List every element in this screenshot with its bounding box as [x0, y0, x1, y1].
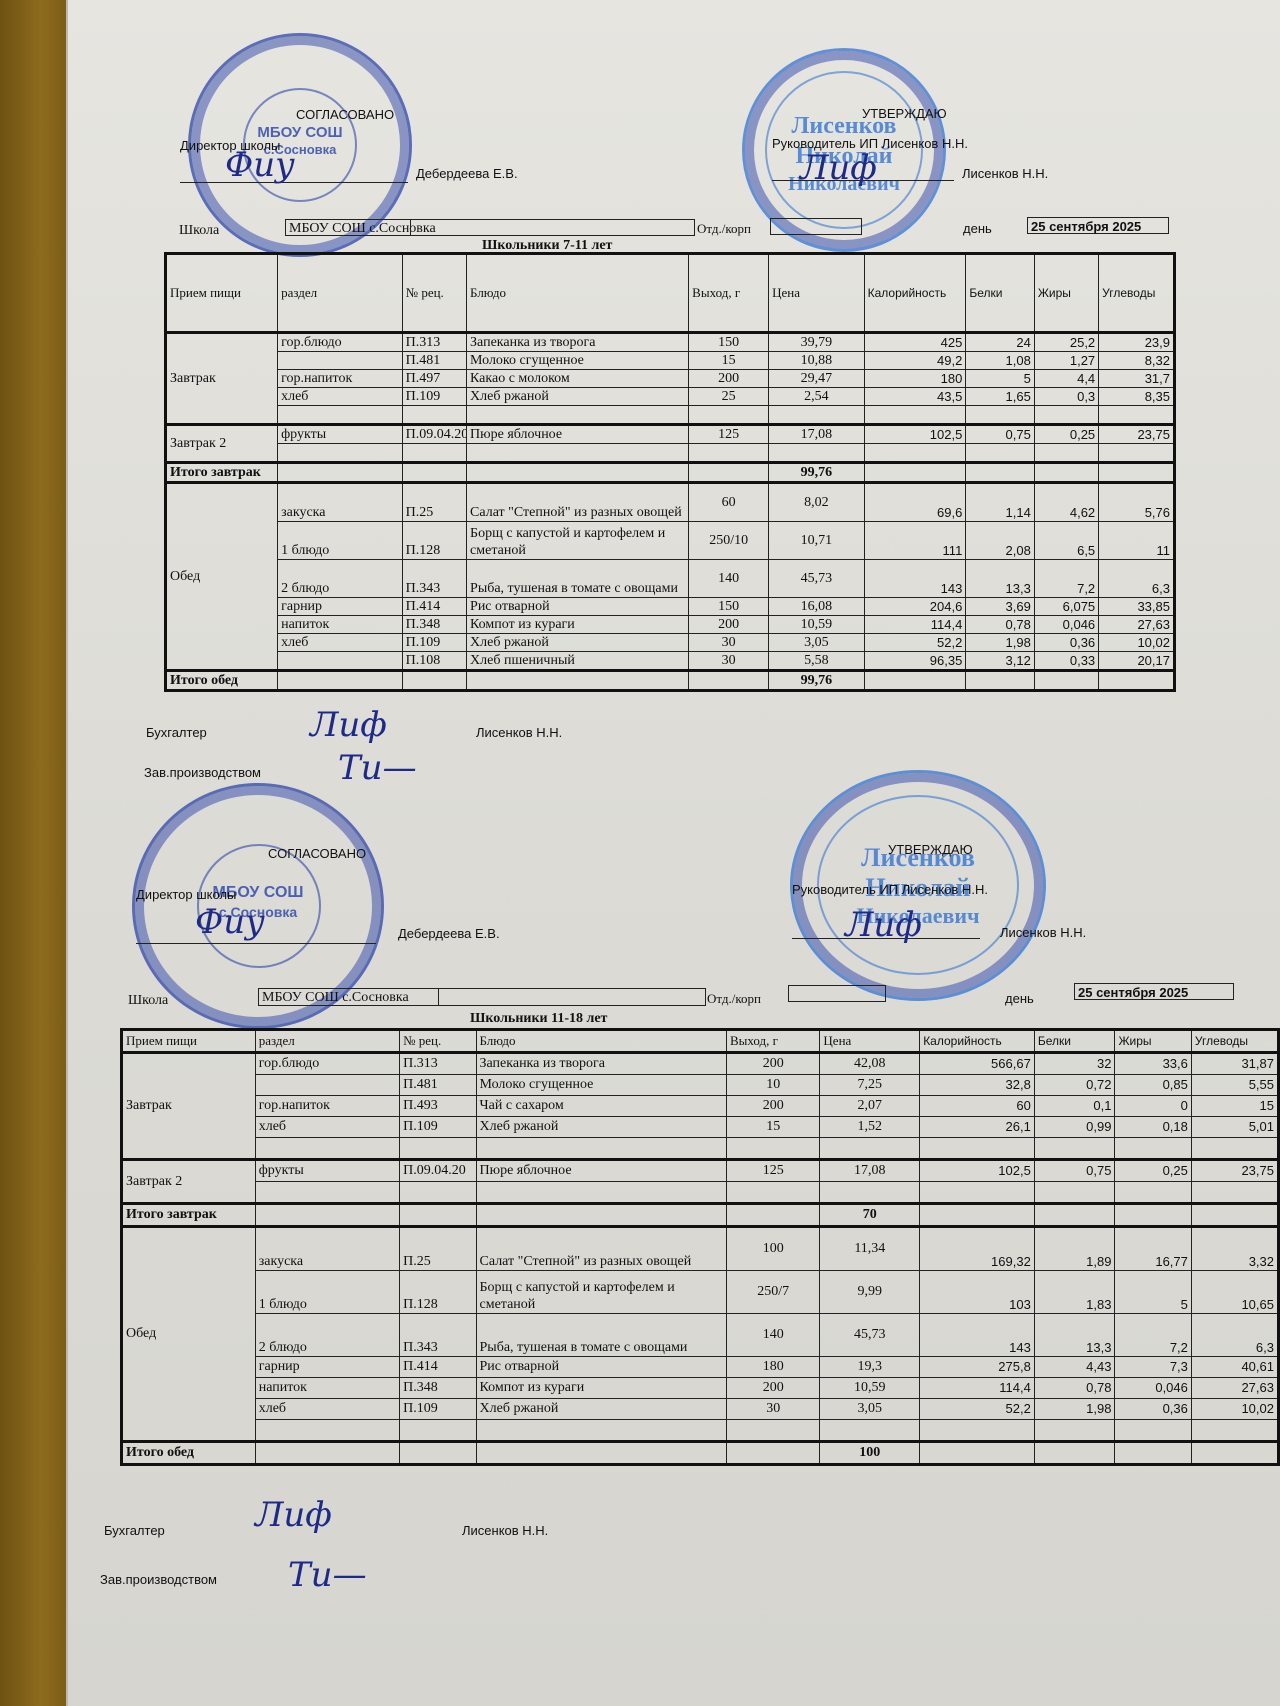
- cell-price: 2,07: [820, 1096, 920, 1117]
- director-role-2: Директор школы: [136, 887, 236, 902]
- cell-carbs: 15: [1191, 1096, 1278, 1117]
- table-row: Завтрак 2фруктыП.09.04.20Пюре яблочное12…: [122, 1160, 1279, 1182]
- cell-recipe: [400, 1182, 476, 1204]
- day-field-2: 25 сентября 2025: [1074, 983, 1234, 1000]
- cell-dish: Запеканка из творога: [476, 1053, 727, 1075]
- table-row: П.481Молоко сгущенное107,2532,80,720,855…: [122, 1075, 1279, 1096]
- total-price: 70: [820, 1204, 920, 1227]
- cell-dish: Хлеб ржаной: [476, 1117, 727, 1138]
- cell-dish: Хлеб ржаной: [476, 1399, 727, 1420]
- table-row: хлебП.109Хлеб ржаной151,5226,10,990,185,…: [122, 1117, 1279, 1138]
- menu-table-11-18: Прием пищираздел№ рец.БлюдоВыход, гЦенаК…: [120, 1028, 1280, 1466]
- cell-recipe: П.25: [400, 1227, 476, 1271]
- empty-cell: [920, 1442, 1035, 1465]
- total-label: Итого обед: [122, 1442, 256, 1465]
- cell-section: гарнир: [255, 1357, 399, 1378]
- cell-price: 10,59: [820, 1378, 920, 1399]
- empty-cell: [1191, 1442, 1278, 1465]
- cell-price: [820, 1182, 920, 1204]
- dept-field-2: [788, 985, 886, 1002]
- cell-dish: Компот из кураги: [476, 1378, 727, 1399]
- cell-section: гор.блюдо: [255, 1053, 399, 1075]
- cell-section: [255, 1138, 399, 1160]
- cell-fat: 7,2: [1115, 1314, 1191, 1357]
- cell-recipe: П.313: [400, 1053, 476, 1075]
- empty-cell: [476, 1442, 727, 1465]
- cell-protein: 13,3: [1034, 1314, 1115, 1357]
- cell-price: [820, 1138, 920, 1160]
- director-name-2: Дебердеева Е.В.: [398, 926, 500, 941]
- cell-carbs: 5,55: [1191, 1075, 1278, 1096]
- cell-dish: [476, 1182, 727, 1204]
- cell-recipe: П.128: [400, 1271, 476, 1314]
- table-row: 1 блюдоП.128Борщ с капустой и картофелем…: [122, 1271, 1279, 1314]
- meal-label: Обед: [122, 1227, 256, 1442]
- cell-yield: 250/7: [727, 1271, 820, 1314]
- table-row: хлебП.109Хлеб ржаной303,0552,21,980,3610…: [122, 1399, 1279, 1420]
- school-label-2: Школа: [128, 993, 168, 1009]
- column-header: Белки: [1034, 1030, 1115, 1053]
- cell-dish: Молоко сгущенное: [476, 1075, 727, 1096]
- table-row: напитокП.348Компот из кураги20010,59114,…: [122, 1378, 1279, 1399]
- cell-yield: 200: [727, 1096, 820, 1117]
- cell-price: 9,99: [820, 1271, 920, 1314]
- cell-carbs: [1191, 1138, 1278, 1160]
- meal-label: Завтрак: [122, 1053, 256, 1160]
- accountant-signature-2: Лиф: [255, 1495, 332, 1535]
- cell-yield: 180: [727, 1357, 820, 1378]
- cell-carbs: 5,01: [1191, 1117, 1278, 1138]
- column-header: Прием пищи: [122, 1030, 256, 1053]
- cell-section: [255, 1075, 399, 1096]
- column-header: раздел: [255, 1030, 399, 1053]
- table-row: 2 блюдоП.343Рыба, тушеная в томате с ово…: [122, 1314, 1279, 1357]
- cell-carbs: 10,65: [1191, 1271, 1278, 1314]
- cell-protein: 4,43: [1034, 1357, 1115, 1378]
- cell-protein: [1034, 1182, 1115, 1204]
- empty-cell: [1034, 1442, 1115, 1465]
- cell-dish: [476, 1138, 727, 1160]
- cell-recipe: П.481: [400, 1075, 476, 1096]
- table-row: гарнирП.414Рис отварной18019,3275,84,437…: [122, 1357, 1279, 1378]
- day-label-2: день: [1005, 991, 1034, 1006]
- cell-dish: Рыба, тушеная в томате с овощами: [476, 1314, 727, 1357]
- cell-kcal: 169,32: [920, 1227, 1035, 1271]
- table-row: ОбедзакускаП.25Салат "Степной" из разных…: [122, 1227, 1279, 1271]
- cell-section: хлеб: [255, 1117, 399, 1138]
- cell-yield: 100: [727, 1227, 820, 1271]
- cell-price: 17,08: [820, 1160, 920, 1182]
- cell-fat: 16,77: [1115, 1227, 1191, 1271]
- cell-carbs: 27,63: [1191, 1378, 1278, 1399]
- cell-carbs: [1191, 1420, 1278, 1442]
- cell-price: 42,08: [820, 1053, 920, 1075]
- cell-carbs: 3,32: [1191, 1227, 1278, 1271]
- cell-fat: 0,25: [1115, 1160, 1191, 1182]
- cell-fat: [1115, 1182, 1191, 1204]
- total-label: Итого завтрак: [122, 1204, 256, 1227]
- school-field-extra-2: [438, 988, 706, 1006]
- cell-protein: 32: [1034, 1053, 1115, 1075]
- empty-cell: [255, 1442, 399, 1465]
- cell-protein: 1,98: [1034, 1399, 1115, 1420]
- total-row: Итого обед100: [122, 1442, 1279, 1465]
- cell-carbs: 40,61: [1191, 1357, 1278, 1378]
- cell-yield: 140: [727, 1314, 820, 1357]
- meal-label: Завтрак 2: [122, 1160, 256, 1204]
- empty-cell: [727, 1204, 820, 1227]
- table-row: Завтракгор.блюдоП.313Запеканка из творог…: [122, 1053, 1279, 1075]
- cell-carbs: 23,75: [1191, 1160, 1278, 1182]
- cell-yield: [727, 1420, 820, 1442]
- cell-section: [255, 1182, 399, 1204]
- cell-recipe: П.414: [400, 1357, 476, 1378]
- empty-cell: [1034, 1204, 1115, 1227]
- empty-cell: [400, 1204, 476, 1227]
- total-price: 100: [820, 1442, 920, 1465]
- cell-section: фрукты: [255, 1160, 399, 1182]
- director-signature-2: Фиу: [195, 902, 265, 942]
- empty-cell: [1115, 1204, 1191, 1227]
- cell-protein: 0,75: [1034, 1160, 1115, 1182]
- menu-sheet-11-18: МБОУ СОШ с.Сосновка Лисенков Николай Ник…: [0, 0, 1280, 1706]
- approval-agreed-label-2: СОГЛАСОВАНО: [268, 846, 366, 861]
- cell-price: [820, 1420, 920, 1442]
- cell-kcal: 143: [920, 1314, 1035, 1357]
- cell-price: 3,05: [820, 1399, 920, 1420]
- cell-fat: 0,18: [1115, 1117, 1191, 1138]
- cell-kcal: 103: [920, 1271, 1035, 1314]
- cell-kcal: 60: [920, 1096, 1035, 1117]
- accountant-name-2: Лисенков Н.Н.: [462, 1523, 548, 1538]
- column-header: Выход, г: [727, 1030, 820, 1053]
- cell-yield: 200: [727, 1378, 820, 1399]
- cell-section: 1 блюдо: [255, 1271, 399, 1314]
- column-header: Углеводы: [1191, 1030, 1278, 1053]
- table-title-2: Школьники 11-18 лет: [470, 1011, 607, 1027]
- column-header: Калорийность: [920, 1030, 1035, 1053]
- empty-cell: [1115, 1442, 1191, 1465]
- table-row: [122, 1420, 1279, 1442]
- accountant-label-2: Бухгалтер: [104, 1523, 165, 1538]
- production-label-2: Зав.производством: [100, 1572, 217, 1587]
- column-header: Блюдо: [476, 1030, 727, 1053]
- cell-protein: 0,99: [1034, 1117, 1115, 1138]
- cell-kcal: 32,8: [920, 1075, 1035, 1096]
- cell-recipe: П.109: [400, 1399, 476, 1420]
- empty-cell: [400, 1442, 476, 1465]
- cell-protein: 0,78: [1034, 1378, 1115, 1399]
- cell-price: 19,3: [820, 1357, 920, 1378]
- cell-price: 45,73: [820, 1314, 920, 1357]
- column-header: Жиры: [1115, 1030, 1191, 1053]
- cell-kcal: 275,8: [920, 1357, 1035, 1378]
- cell-yield: [727, 1138, 820, 1160]
- cell-section: гор.напиток: [255, 1096, 399, 1117]
- cell-fat: [1115, 1420, 1191, 1442]
- empty-cell: [1191, 1204, 1278, 1227]
- production-signature-2: Ти—: [288, 1555, 367, 1595]
- cell-recipe: П.493: [400, 1096, 476, 1117]
- cell-fat: 0: [1115, 1096, 1191, 1117]
- table-row: [122, 1182, 1279, 1204]
- cell-kcal: 26,1: [920, 1117, 1035, 1138]
- column-header: Цена: [820, 1030, 920, 1053]
- cell-recipe: [400, 1138, 476, 1160]
- cell-fat: 33,6: [1115, 1053, 1191, 1075]
- cell-carbs: 6,3: [1191, 1314, 1278, 1357]
- column-header: № рец.: [400, 1030, 476, 1053]
- table-header-row: Прием пищираздел№ рец.БлюдоВыход, гЦенаК…: [122, 1030, 1279, 1053]
- cell-section: хлеб: [255, 1399, 399, 1420]
- cell-fat: [1115, 1138, 1191, 1160]
- cell-protein: [1034, 1420, 1115, 1442]
- manager-signature-2: Лиф: [845, 905, 922, 945]
- approval-approved-label-2: УТВЕРЖДАЮ: [888, 842, 973, 857]
- cell-section: [255, 1420, 399, 1442]
- cell-yield: [727, 1182, 820, 1204]
- cell-carbs: [1191, 1182, 1278, 1204]
- empty-cell: [255, 1204, 399, 1227]
- cell-fat: 0,85: [1115, 1075, 1191, 1096]
- cell-dish: Чай с сахаром: [476, 1096, 727, 1117]
- table-row: [122, 1138, 1279, 1160]
- cell-dish: Пюре яблочное: [476, 1160, 727, 1182]
- cell-section: напиток: [255, 1378, 399, 1399]
- cell-dish: Рис отварной: [476, 1357, 727, 1378]
- cell-section: 2 блюдо: [255, 1314, 399, 1357]
- table-row: гор.напитокП.493Чай с сахаром2002,07600,…: [122, 1096, 1279, 1117]
- cell-kcal: 114,4: [920, 1378, 1035, 1399]
- total-row: Итого завтрак70: [122, 1204, 1279, 1227]
- cell-kcal: 102,5: [920, 1160, 1035, 1182]
- cell-section: закуска: [255, 1227, 399, 1271]
- cell-recipe: П.109: [400, 1117, 476, 1138]
- empty-cell: [476, 1204, 727, 1227]
- cell-fat: 5: [1115, 1271, 1191, 1314]
- cell-fat: 0,046: [1115, 1378, 1191, 1399]
- cell-kcal: [920, 1138, 1035, 1160]
- manager-role-2: Руководитель ИП Лисенков Н.Н.: [792, 882, 988, 897]
- cell-yield: 15: [727, 1117, 820, 1138]
- cell-recipe: П.09.04.20: [400, 1160, 476, 1182]
- cell-protein: 1,89: [1034, 1227, 1115, 1271]
- empty-cell: [727, 1442, 820, 1465]
- cell-recipe: [400, 1420, 476, 1442]
- cell-carbs: 10,02: [1191, 1399, 1278, 1420]
- cell-fat: 0,36: [1115, 1399, 1191, 1420]
- cell-recipe: П.348: [400, 1378, 476, 1399]
- dept-label-2: Отд./корп: [707, 991, 761, 1007]
- cell-dish: Борщ с капустой и картофелем и сметаной: [476, 1271, 727, 1314]
- cell-fat: 7,3: [1115, 1357, 1191, 1378]
- cell-kcal: 52,2: [920, 1399, 1035, 1420]
- cell-yield: 10: [727, 1075, 820, 1096]
- cell-protein: 1,83: [1034, 1271, 1115, 1314]
- cell-carbs: 31,87: [1191, 1053, 1278, 1075]
- cell-yield: 200: [727, 1053, 820, 1075]
- cell-protein: [1034, 1138, 1115, 1160]
- cell-price: 7,25: [820, 1075, 920, 1096]
- cell-kcal: [920, 1420, 1035, 1442]
- cell-kcal: 566,67: [920, 1053, 1035, 1075]
- empty-cell: [920, 1204, 1035, 1227]
- cell-price: 11,34: [820, 1227, 920, 1271]
- cell-dish: [476, 1420, 727, 1442]
- cell-price: 1,52: [820, 1117, 920, 1138]
- cell-dish: Салат "Степной" из разных овощей: [476, 1227, 727, 1271]
- cell-kcal: [920, 1182, 1035, 1204]
- cell-protein: 0,72: [1034, 1075, 1115, 1096]
- cell-protein: 0,1: [1034, 1096, 1115, 1117]
- cell-yield: 30: [727, 1399, 820, 1420]
- cell-yield: 125: [727, 1160, 820, 1182]
- manager-name-2: Лисенков Н.Н.: [1000, 925, 1086, 940]
- cell-recipe: П.343: [400, 1314, 476, 1357]
